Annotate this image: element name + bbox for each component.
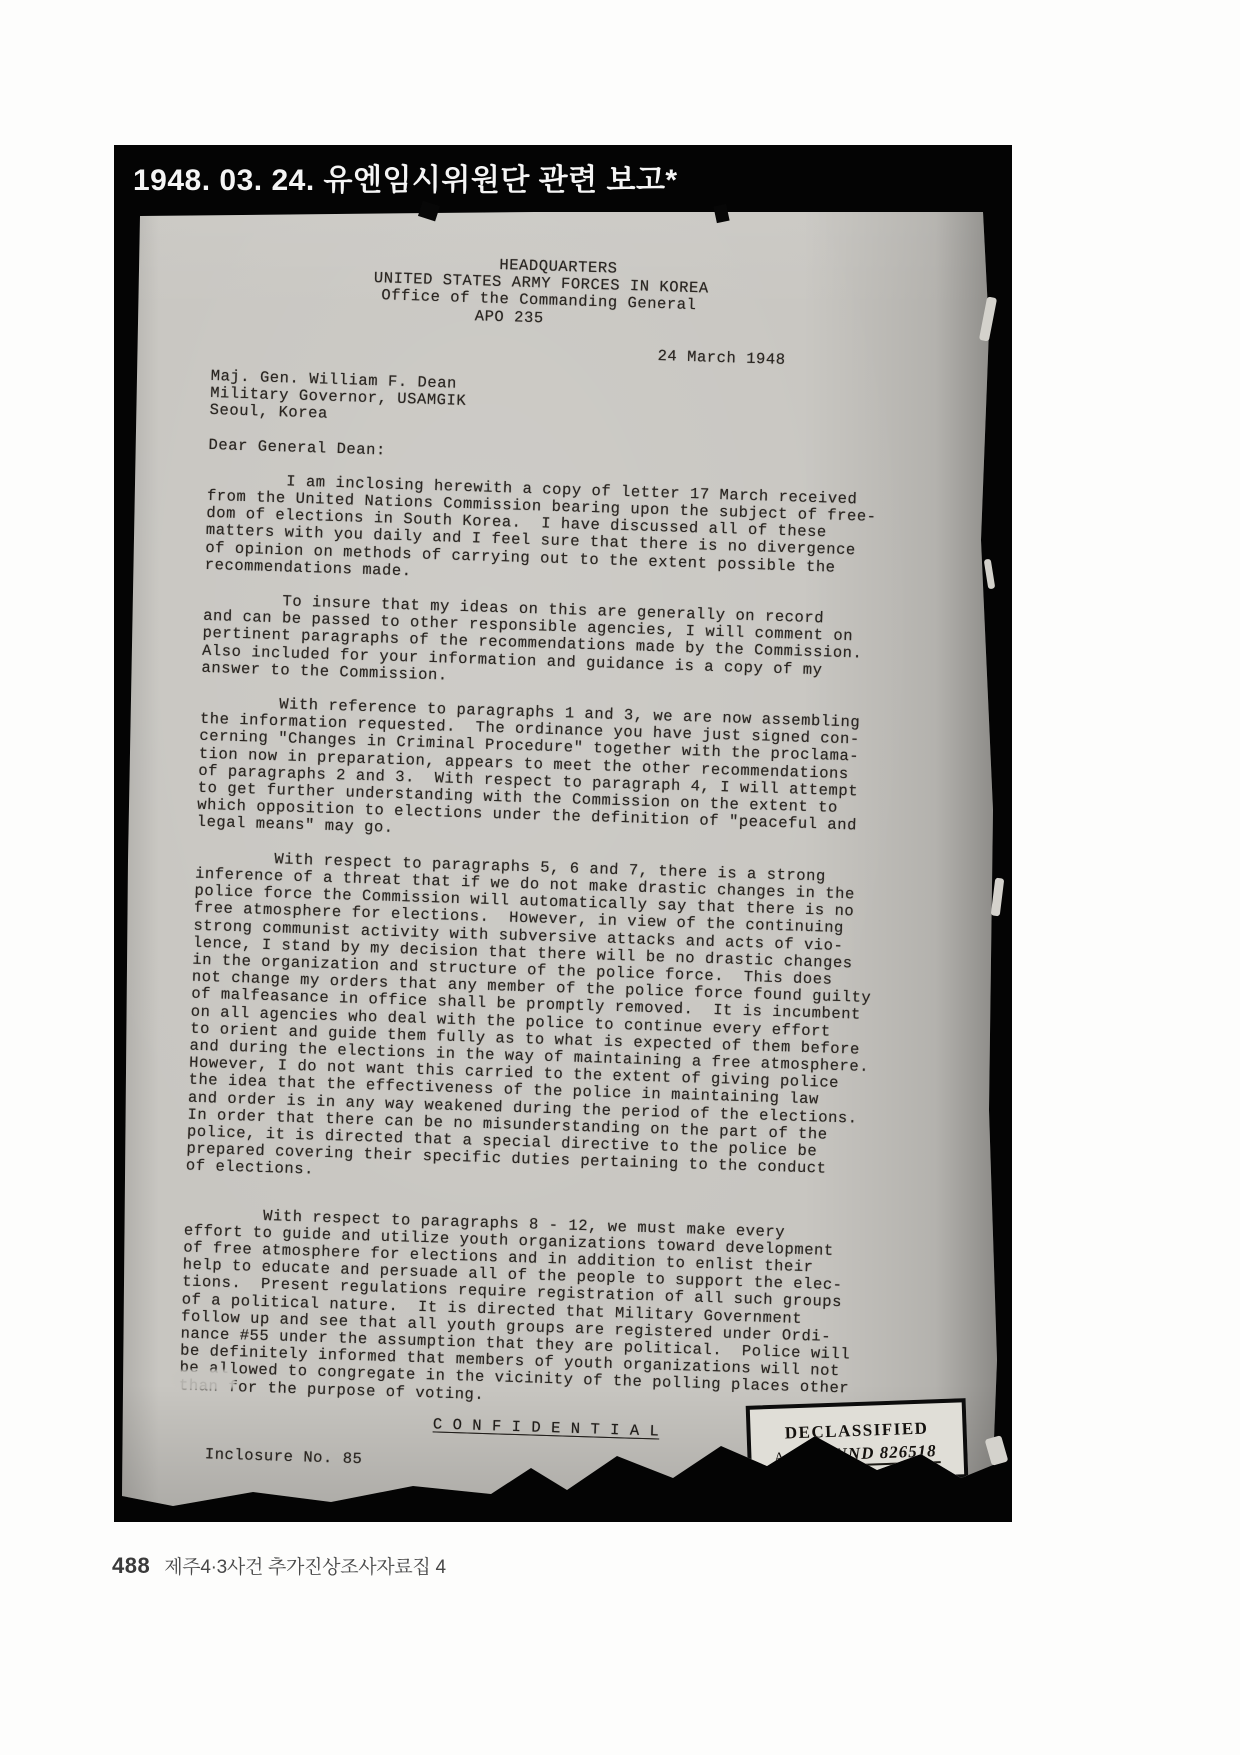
typed-letter-body: HEADQUARTERS UNITED STATES ARMY FORCES I… [177, 240, 935, 1485]
document-title: 1948. 03. 24. 유엔임시위원단 관련 보고* [133, 155, 678, 199]
page-footer: 488 제주4·3사건 추가진상조사자료집 4 [112, 1552, 446, 1579]
letter-paragraph: To insure that my ideas on this are gene… [201, 591, 923, 700]
letter-paragraph: With reference to paragraphs 1 and 3, we… [196, 694, 920, 854]
letter-date: 24 March 1948 [657, 348, 931, 374]
paper-curl-fleck [984, 559, 996, 590]
scanned-letter-paper: HEADQUARTERS UNITED STATES ARMY FORCES I… [115, 210, 997, 1515]
authority-label: Authority [774, 1449, 829, 1466]
letter-paragraph: With respect to paragraphs 8 - 12, we mu… [179, 1205, 905, 1417]
inclosure-number: Inclosure No. 85 [205, 1446, 897, 1485]
scan-artifact-mark [713, 204, 729, 223]
paper-curl-fleck [991, 878, 1005, 917]
letter-paragraph: I am inclosing herewith a copy of letter… [205, 471, 928, 597]
declassified-stamp: DECLASSIFIED AuthorityNND 826518 [746, 1398, 969, 1486]
book-page: 1948. 03. 24. 유엔임시위원단 관련 보고* HEADQUARTER… [0, 0, 1240, 1755]
scan-frame: 1948. 03. 24. 유엔임시위원단 관련 보고* HEADQUARTER… [114, 145, 1012, 1522]
declassified-stamp-title: DECLASSIFIED [784, 1418, 928, 1443]
authority-handwritten-number: NND 826518 [832, 1441, 941, 1467]
letter-paragraph: With respect to paragraphs 5, 6 and 7, t… [186, 848, 916, 1197]
book-title: 제주4·3사건 추가진상조사자료집 4 [164, 1552, 446, 1579]
page-number: 488 [112, 1553, 150, 1579]
declassified-stamp-authority: AuthorityNND 826518 [774, 1441, 941, 1467]
paper-damage-smudge [173, 1370, 235, 1390]
salutation: Dear General Dean: [208, 437, 928, 477]
